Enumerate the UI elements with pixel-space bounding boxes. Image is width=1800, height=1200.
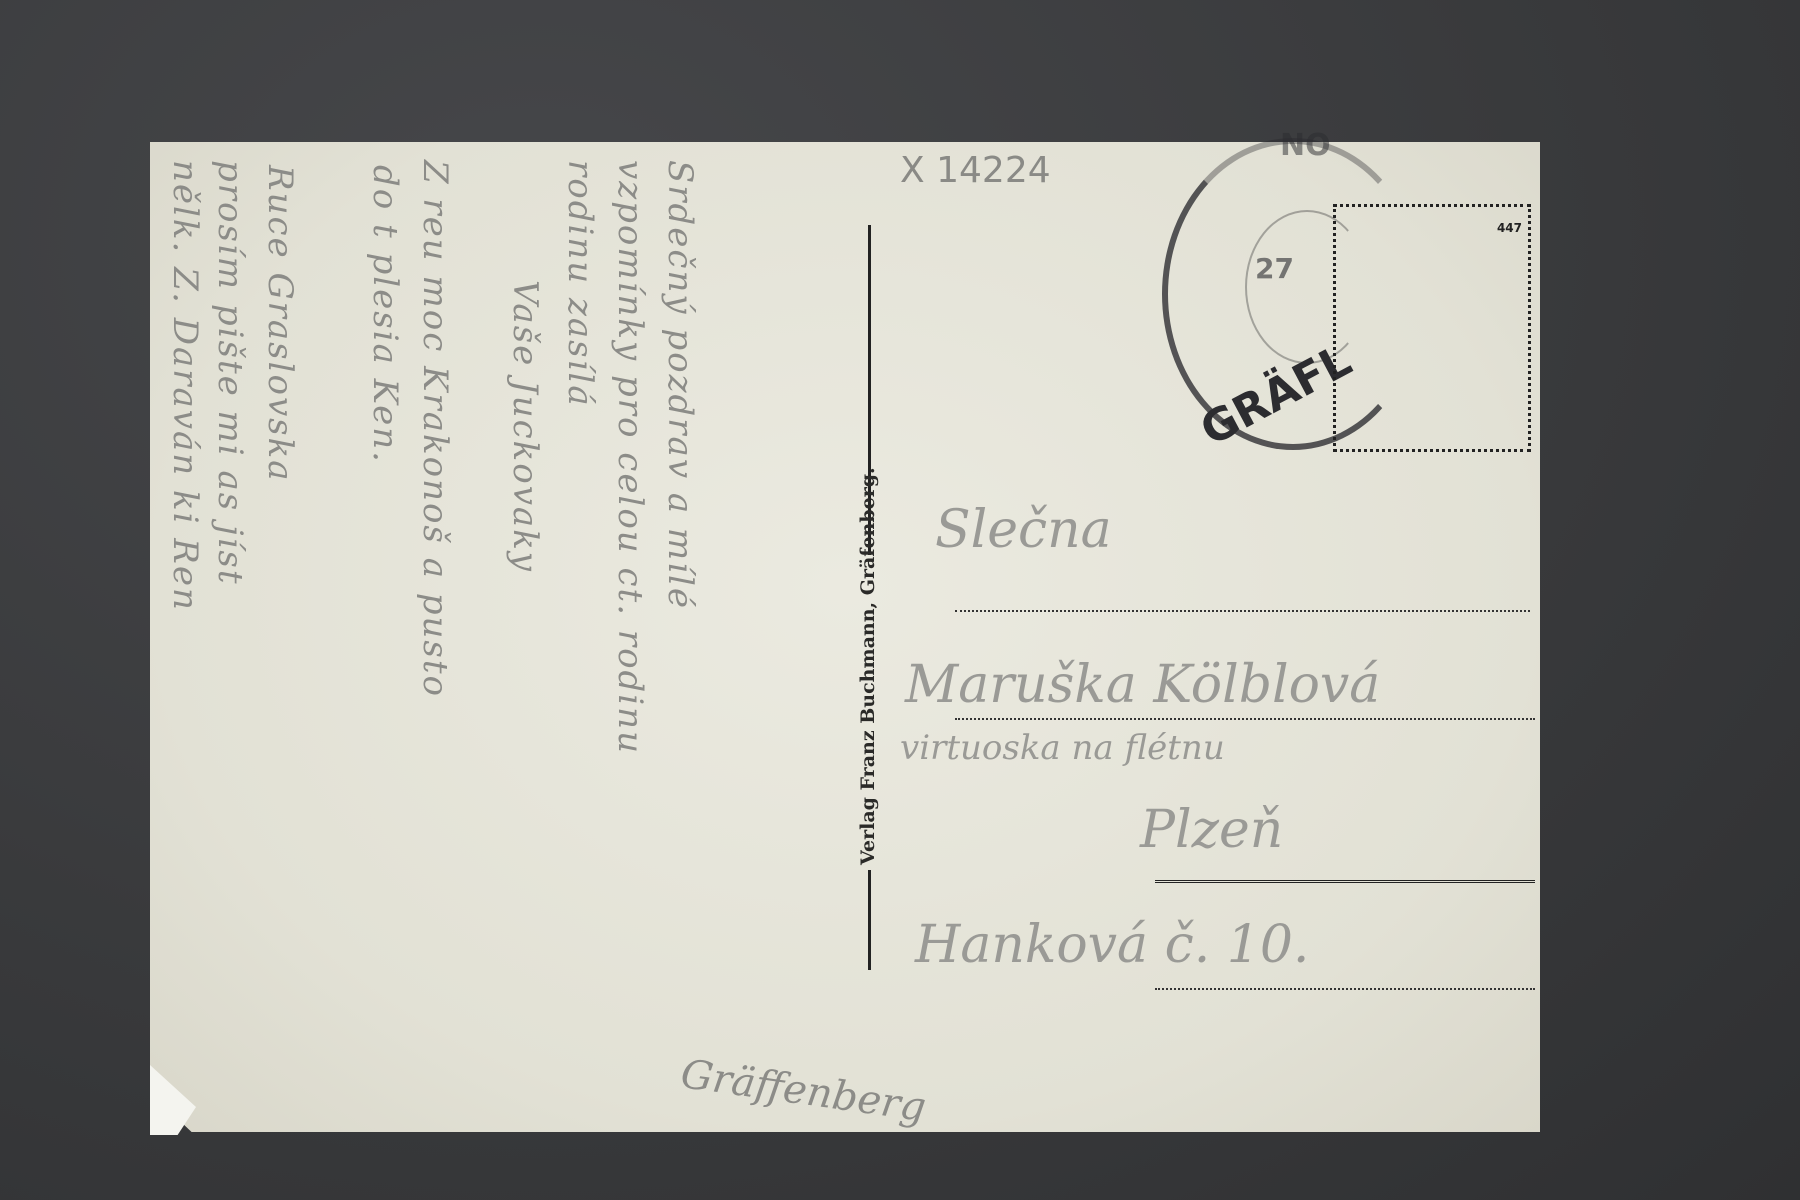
message-line: Ruce Graslovska xyxy=(260,165,300,482)
stamp-box-number: 447 xyxy=(1497,221,1522,235)
address-line-2 xyxy=(955,718,1535,720)
address-line-4 xyxy=(1155,988,1535,990)
address-occupation: virtuoska na flétnu xyxy=(900,728,1225,768)
message-line: nělk. Z. Daraván ki Ren xyxy=(165,160,205,612)
message-line: do t plesia Ken. xyxy=(365,165,405,464)
catalog-number: X 14224 xyxy=(900,150,1051,191)
address-city: Plzeň xyxy=(1140,800,1283,860)
message-line: Vaše Juckovaky xyxy=(505,280,545,573)
message-line: rodinu zasílá xyxy=(560,160,600,408)
message-line: Z reu moc Krakonoš a pusto xyxy=(415,160,455,698)
message-line: prosím pište mi as jíst xyxy=(210,160,250,586)
postmark-top-text: NO xyxy=(1280,128,1331,163)
message-line: vzpomínky pro celou ct. rodinu xyxy=(610,160,650,755)
message-line: Srdečný pozdrav a mílé xyxy=(660,160,700,610)
stamp-placeholder-box: 447 xyxy=(1333,204,1531,452)
address-salutation: Slečna xyxy=(935,500,1112,560)
address-line-1 xyxy=(955,610,1530,612)
divider-bottom xyxy=(868,870,871,970)
address-street: Hanková č. 10. xyxy=(915,915,1309,975)
publisher-imprint: Verlag Franz Buchmann, Gräfenberg. xyxy=(857,467,879,865)
postmark-date: 27 xyxy=(1255,252,1294,285)
address-name: Maruška Kölblová xyxy=(905,655,1380,715)
address-line-3 xyxy=(1155,880,1535,883)
